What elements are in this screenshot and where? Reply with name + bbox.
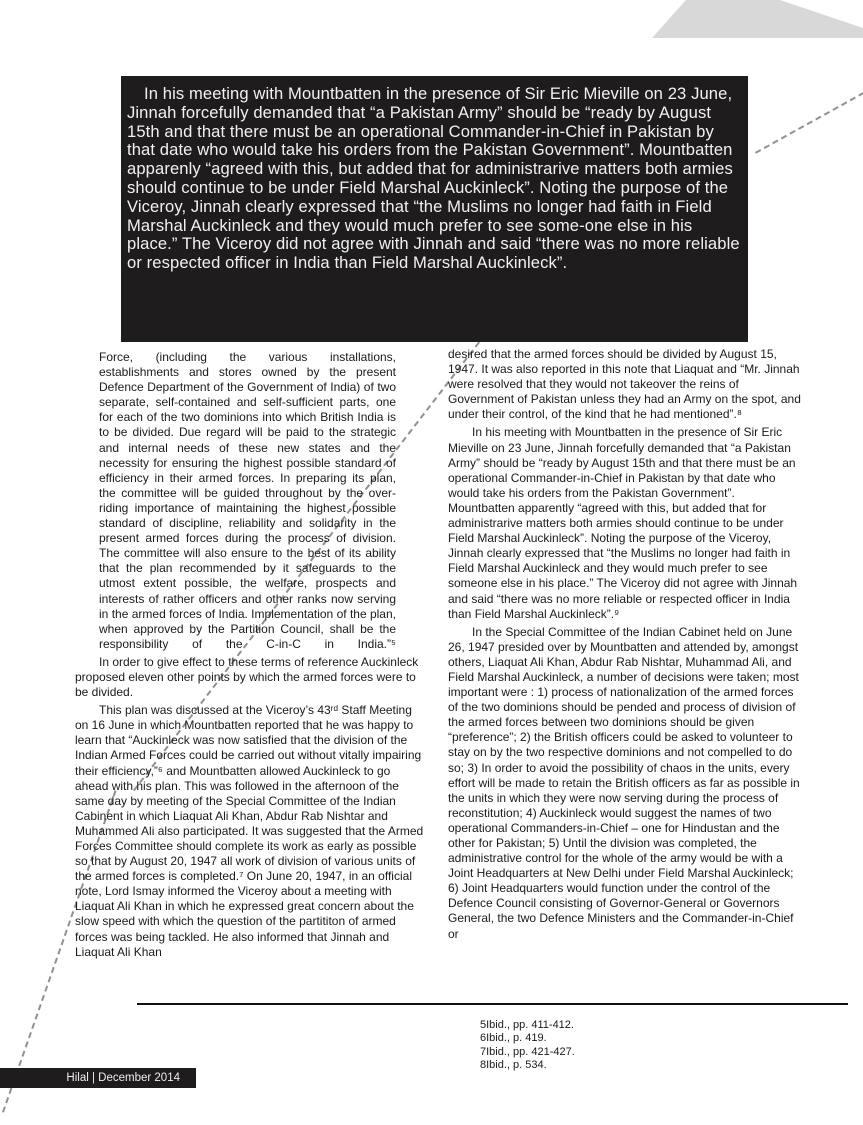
footnotes: 5Ibid., pp. 411-412. 6Ibid., p. 419. 7Ib… [480,1019,575,1073]
corner-accent-shape [0,0,863,40]
footer-text: Hilal | December 2014 [66,1072,180,1084]
paragraph-right-2: In his meeting with Mountbatten in the p… [448,425,804,621]
magazine-page: In his meeting with Mountbatten in the p… [0,0,863,1125]
block-quote: Force, (including the various installati… [99,350,396,652]
pull-quote-box: In his meeting with Mountbatten in the p… [121,76,748,342]
footnote-separator [137,1003,848,1005]
footnote-item: 6Ibid., p. 419. [480,1032,575,1045]
dashed-line-top-right [755,92,863,154]
paragraph-left-1: In order to give effect to these terms o… [75,655,427,700]
footnote-item: 8Ibid., p. 534. [480,1059,575,1072]
paragraph-left-2: This plan was discussed at the Viceroy’s… [75,703,427,960]
footnote-item: 5Ibid., pp. 411-412. [480,1019,575,1032]
right-column: desired that the armed forces should be … [448,347,804,945]
left-column: Force, (including the various installati… [75,350,427,963]
footer-bar: Hilal | December 2014 [0,1068,196,1088]
paragraph-right-1: desired that the armed forces should be … [448,347,804,422]
footnote-item: 7Ibid., pp. 421-427. [480,1046,575,1059]
paragraph-right-3: In the Special Committee of the Indian C… [448,625,804,942]
pull-quote-text: In his meeting with Mountbatten in the p… [127,85,740,273]
